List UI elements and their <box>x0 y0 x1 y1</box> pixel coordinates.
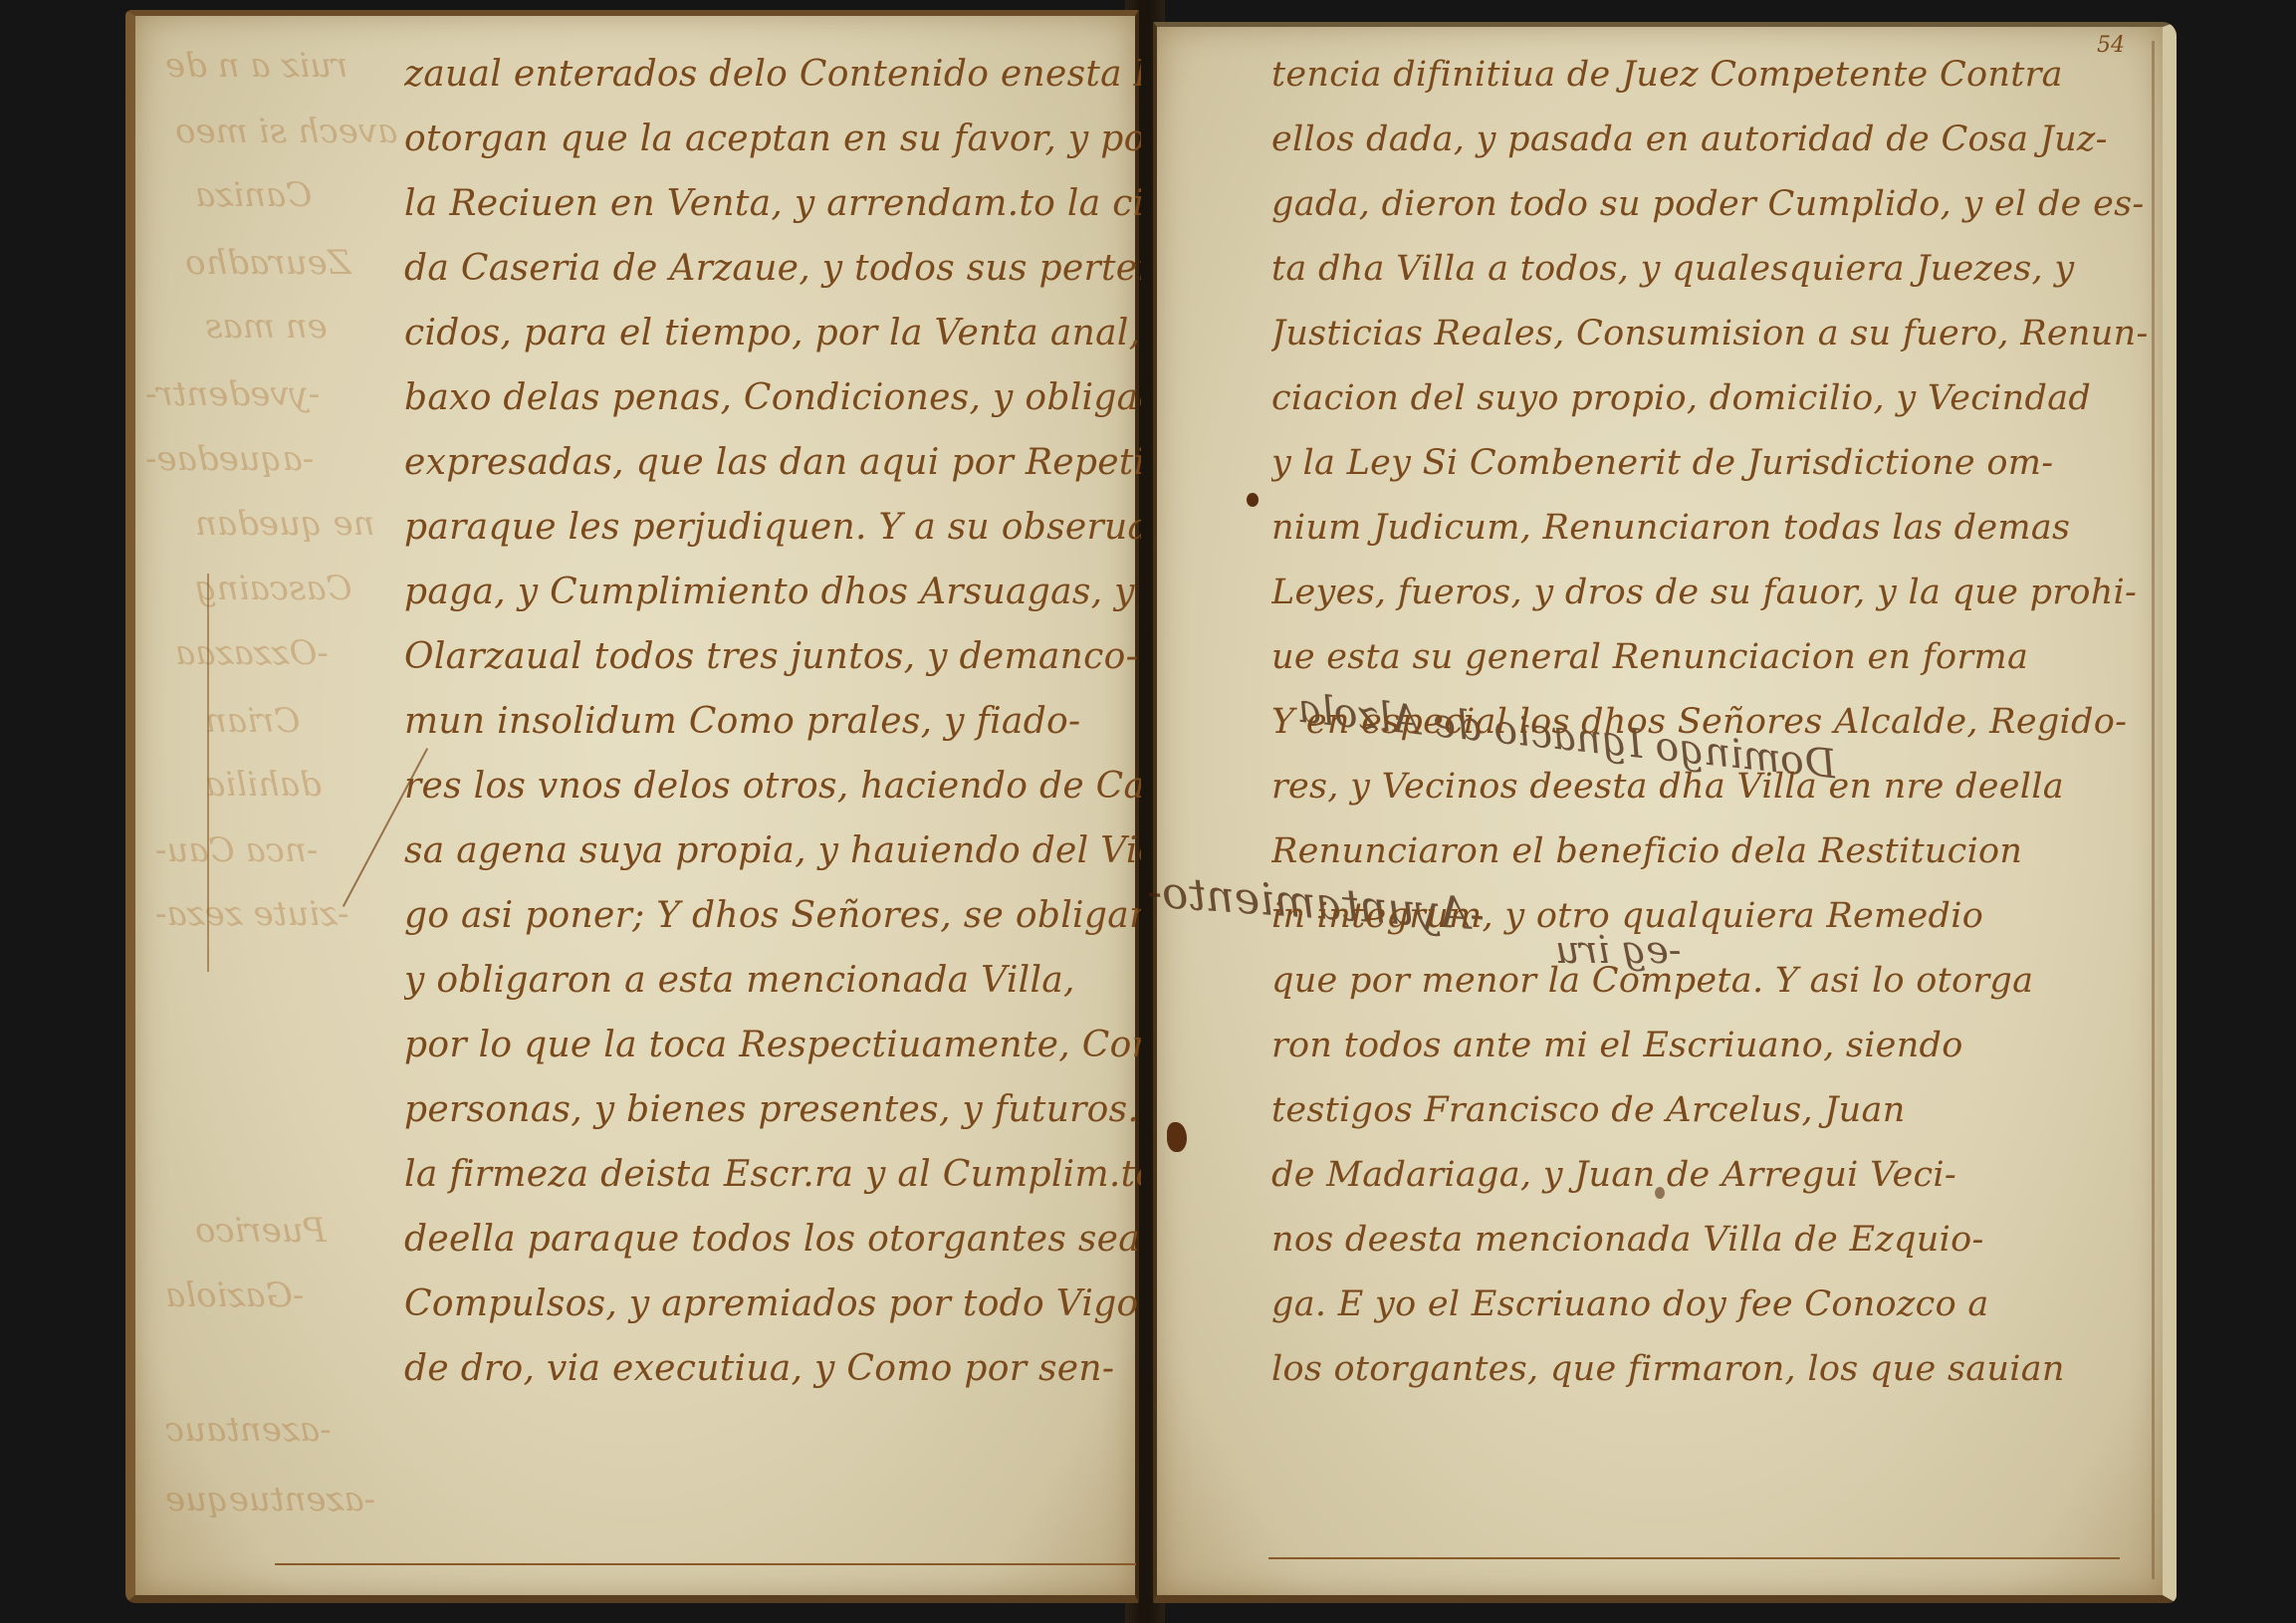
text-line: por lo que la toca Respectiuamente, Cons… <box>404 1013 1141 1077</box>
bleed-through-text: -yvedentr- <box>145 374 320 414</box>
text-line: expresadas, que las dan aqui por Repetid… <box>404 430 1141 495</box>
text-line: in integrum, y otro qualquiera Remedio <box>1271 884 2148 949</box>
text-line: ta dha Villa a todos, y qualesquiera Jue… <box>1271 237 2148 302</box>
bleed-through-text: Puerico <box>195 1211 327 1251</box>
text-line: baxo delas penas, Condiciones, y obligac… <box>404 365 1141 430</box>
text-line: y obligaron a esta mencionada Villa, <box>404 948 1141 1013</box>
closing-rule-line <box>275 1563 1136 1565</box>
closing-rule-line <box>1268 1557 2120 1559</box>
text-line: otorgan que la aceptan en su favor, y po… <box>404 107 1141 171</box>
text-line: da Caseria de Arzaue, y todos sus perten… <box>404 236 1141 301</box>
text-line: testigos Francisco de Arcelus, Juan <box>1271 1078 2148 1143</box>
text-line: Y en especial los dhos Señores Alcalde, … <box>1271 690 2148 755</box>
bleed-through-text: -ziute zeza- <box>155 894 348 934</box>
text-line: res, y Vecinos deesta dha Villa en nre d… <box>1271 755 2148 819</box>
text-line: gada, dieron todo su poder Cumplido, y e… <box>1271 172 2148 237</box>
text-line: mun insolidum Como prales, y fiado- <box>404 689 1141 754</box>
bleed-through-text: Crian <box>205 701 300 741</box>
text-line: Olarzaual todos tres juntos, y demanco- <box>404 624 1141 689</box>
text-line: sa agena suya propia, y hauiendo del Vie… <box>404 818 1141 883</box>
text-line: ron todos ante mi el Escriuano, siendo <box>1271 1014 2148 1078</box>
text-line: tencia difinitiua de Juez Competente Con… <box>1271 43 2148 108</box>
text-line: la Reciuen en Venta, y arrendam.to la ci… <box>404 171 1141 236</box>
text-line: paga, y Cumplimiento dhos Arsuagas, y <box>404 560 1141 624</box>
text-line: cidos, para el tiempo, por la Venta anal… <box>404 301 1141 365</box>
text-line: de dro, via executiua, y Como por sen- <box>404 1336 1141 1401</box>
right-page: 54 Domingo Ignacio de Alzola -Ayuntamien… <box>1153 22 2177 1603</box>
text-line: nium Judicum, Renunciaron todas las dema… <box>1271 496 2148 561</box>
text-line: ciacion del suyo propio, domicilio, y Ve… <box>1271 366 2148 431</box>
bleed-through-text: Zeuradho <box>185 243 350 283</box>
document-viewer: ruiz a n de avech si meo Caniza Zeuradho… <box>0 0 2296 1623</box>
text-line: ue esta su general Renunciacion en forma <box>1271 625 2148 690</box>
text-line: los otorgantes, que firmaron, los que sa… <box>1271 1337 2148 1402</box>
text-line: go asi poner; Y dhos Señores, se obligar… <box>404 883 1141 948</box>
left-page: ruiz a n de avech si meo Caniza Zeuradho… <box>125 10 1139 1603</box>
text-line: que por menor la Competa. Y asi lo otorg… <box>1271 949 2148 1014</box>
bleed-through-text: Caniza <box>195 175 312 215</box>
text-line: ellos dada, y pasada en autoridad de Cos… <box>1271 108 2148 172</box>
text-line: paraque les perjudiquen. Y a su obseruan… <box>404 495 1141 560</box>
bleed-through-text: -nca Cau- <box>155 830 318 870</box>
text-line: res los vnos delos otros, haciendo de Ca… <box>404 754 1141 818</box>
bleed-through-text: en mas <box>205 307 328 347</box>
text-line: Leyes, fueros, y dros de su fauor, y la … <box>1271 561 2148 625</box>
text-line: de Madariaga, y Juan de Arregui Veci- <box>1271 1143 2148 1208</box>
bleed-through-text: dahilia <box>205 765 322 805</box>
text-line: personas, y bienes presentes, y futuros.… <box>404 1077 1141 1142</box>
bleed-through-text: -Gaziola <box>165 1275 304 1315</box>
text-line: Justicias Reales, Consumision a su fuero… <box>1271 302 2148 366</box>
text-line: y la Ley Si Combenerit de Jurisdictione … <box>1271 431 2148 496</box>
bleed-through-text: -azentueque <box>165 1480 375 1519</box>
ink-blot <box>1247 493 1259 507</box>
text-line: deella paraque todos los otorgantes sean <box>404 1207 1141 1272</box>
text-line: zaual enterados delo Contenido enesta Es… <box>404 42 1141 107</box>
text-line: ga. E yo el Escriuano doy fee Conozco a <box>1271 1273 2148 1337</box>
right-page-text: tencia difinitiua de Juez Competente Con… <box>1271 43 2148 1402</box>
bleed-through-text: -aquedae- <box>145 439 314 479</box>
text-line: Renunciaron el beneficio dela Restitucio… <box>1271 819 2148 884</box>
text-line: la firmeza deista Escr.ra y al Cumplim.t… <box>404 1142 1141 1207</box>
bleed-through-text: avech si meo <box>175 112 397 151</box>
left-page-text: zaual enterados delo Contenido enesta Es… <box>404 42 1141 1401</box>
text-line: nos deesta mencionada Villa de Ezquio- <box>1271 1208 2148 1273</box>
bleed-through-text: -Ozzazaa <box>175 633 329 673</box>
bleed-through-text: -azentauc <box>165 1410 332 1450</box>
ink-blot <box>1167 1122 1187 1152</box>
bleed-through-text: ne quedan <box>195 504 375 544</box>
bleed-through-text: ruiz a n de <box>165 46 347 86</box>
margin-bracket-mark <box>207 574 219 972</box>
text-line: Compulsos, y apremiados por todo Vigor <box>404 1272 1141 1336</box>
